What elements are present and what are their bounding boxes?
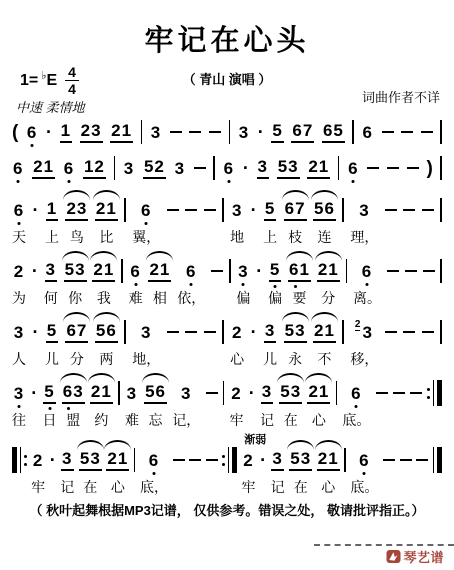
- duration-dash: [385, 209, 397, 212]
- lyric-syllable: 上: [45, 230, 59, 246]
- note: 6: [347, 160, 359, 177]
- note: 3: [271, 450, 283, 471]
- note: 6: [350, 385, 362, 402]
- lyric-syllable: 为: [12, 291, 26, 307]
- dotted-note-dot: ·: [46, 123, 52, 141]
- note: 1: [60, 122, 72, 143]
- lyric-syllable: 难: [125, 413, 139, 429]
- note: 2: [32, 452, 44, 469]
- lyric-syllable: 难: [129, 291, 143, 307]
- lyric-syllable: 记: [60, 480, 74, 496]
- sheet-music-page: { "colors": { "brand_red": "#a6453c", "i…: [0, 0, 454, 570]
- note: 21: [307, 383, 330, 404]
- lyric-syllable: 儿: [45, 352, 59, 368]
- duration-dash: [400, 459, 412, 462]
- music-line-1: (6·1232133·567656: [12, 115, 442, 145]
- barline: [118, 381, 120, 405]
- note: 53: [284, 322, 307, 343]
- duration-dash: [422, 331, 434, 334]
- dotted-note-dot: ·: [251, 201, 257, 219]
- dotted-note-dot: ·: [249, 384, 255, 402]
- lyric-syllable: 要: [292, 291, 306, 307]
- note: 5: [271, 122, 283, 143]
- note: 53: [79, 450, 102, 471]
- note: 61: [288, 261, 311, 282]
- lyric-syllable: 分: [321, 291, 335, 307]
- note: 23: [65, 200, 88, 221]
- note: 6: [129, 263, 141, 280]
- note: 21: [317, 261, 340, 282]
- lyric-syllable: 天: [12, 230, 26, 246]
- lyric-syllable: 盟: [66, 413, 80, 429]
- note: 2: [231, 324, 243, 341]
- note: 63: [62, 383, 85, 404]
- lyric-syllable: 忘: [149, 413, 163, 429]
- dotted-note-dot: ·: [32, 201, 38, 219]
- note: 6: [223, 160, 235, 177]
- duration-dash: [206, 392, 218, 395]
- dotted-note-dot: ·: [31, 384, 37, 402]
- note: 3: [358, 202, 370, 219]
- note: 23: [80, 122, 103, 143]
- duration-dash: [410, 392, 422, 395]
- lyric-syllable: 偏: [236, 291, 250, 307]
- dotted-note-dot: ·: [32, 323, 38, 341]
- note: 56: [95, 322, 118, 343]
- lyric-syllable: 我: [97, 291, 111, 307]
- duration-dash: [387, 270, 399, 273]
- dotted-note-dot: ·: [260, 451, 266, 469]
- lyric-syllable: 何: [44, 291, 58, 307]
- note: 52: [143, 158, 166, 179]
- duration-dash: [422, 209, 434, 212]
- note: 6: [185, 263, 197, 280]
- barline: [440, 320, 442, 344]
- lyric-syllable: 上: [263, 230, 277, 246]
- duration-dash: [209, 131, 221, 134]
- lyric-syllable: 人: [12, 352, 26, 368]
- lyric-syllable: 心: [111, 480, 125, 496]
- lyric-syllable: 记，: [172, 413, 200, 429]
- duration-dash: [189, 459, 201, 462]
- note: 3: [361, 324, 373, 341]
- music-line-6: 3往·5日63盟21约3难56忘3记，2牢·3记53在21心6底。: [12, 370, 442, 429]
- duration-dash: [423, 270, 435, 273]
- note: 56: [313, 200, 336, 221]
- note: 53: [279, 383, 302, 404]
- lyric-syllable: 记: [260, 413, 274, 429]
- note: 53: [289, 450, 312, 471]
- duration-dash: [206, 459, 218, 462]
- lyric-syllable: 底，: [140, 480, 168, 496]
- duration-dash: [211, 270, 223, 273]
- duration-dash: [185, 331, 197, 334]
- dotted-note-dot: ·: [251, 323, 257, 341]
- note: 6: [12, 160, 24, 177]
- final-barline: [433, 447, 442, 473]
- lyric-syllable: 分: [70, 352, 84, 368]
- composer-credit: 词曲作者不详: [362, 87, 440, 106]
- duration-dash: [401, 131, 413, 134]
- repeat-end-sign: [222, 447, 237, 473]
- music-line-7: 2牢·3记53在21心6底，渐弱2牢·3记53在21心6底。: [12, 431, 442, 496]
- duration-dash: [376, 392, 388, 395]
- song-title: 牢记在心头: [12, 18, 442, 59]
- lyric-syllable: 心: [312, 413, 326, 429]
- performer-subtitle: （ 青山 演唱 ）: [12, 69, 442, 88]
- duration-dash: [385, 331, 397, 334]
- score-header: 1=♭E 4 4 （ 青山 演唱 ） 词曲作者不详 中速 柔情地: [12, 61, 442, 115]
- note: 3: [237, 263, 249, 280]
- note: 3: [126, 385, 138, 402]
- barline: [229, 259, 231, 283]
- note: 53: [277, 158, 300, 179]
- lyric-syllable: 鸟: [70, 230, 84, 246]
- note: 21: [148, 261, 171, 282]
- lyric-syllable: 记: [271, 480, 285, 496]
- lyric-syllable: 两: [99, 352, 113, 368]
- note: 3: [123, 160, 135, 177]
- barline: [440, 120, 442, 144]
- note: 5: [43, 383, 55, 404]
- duration-dash: [403, 209, 415, 212]
- dashed-separator: [314, 544, 454, 546]
- lyric-syllable: 底。: [342, 413, 370, 429]
- repeat-end-sign: [427, 380, 442, 406]
- lyric-syllable: 心: [321, 480, 335, 496]
- lyric-syllable: 牢: [230, 413, 244, 429]
- note: 21: [307, 158, 330, 179]
- duration-dash: [387, 167, 399, 170]
- note: 65: [322, 122, 345, 143]
- qinyipu-logo-icon: [386, 549, 401, 564]
- note: 6: [358, 452, 370, 469]
- note: 21: [317, 450, 340, 471]
- duration-dash: [405, 270, 417, 273]
- duration-dash: [204, 331, 216, 334]
- note: 5: [46, 322, 58, 343]
- repeat-start-sign: [12, 447, 27, 473]
- note: 21: [110, 122, 133, 143]
- lyric-syllable: 翼，: [132, 230, 160, 246]
- barline: [346, 259, 348, 283]
- barline: [213, 156, 215, 180]
- lyric-syllable: 枝: [288, 230, 302, 246]
- barline: [352, 120, 354, 144]
- note: 3: [61, 450, 73, 471]
- dotted-note-dot: ·: [256, 262, 262, 280]
- duration-dash: [416, 459, 428, 462]
- note: 3: [174, 160, 186, 177]
- barline: [124, 320, 126, 344]
- lyric-syllable: 往: [12, 413, 26, 429]
- grace-note: 2: [355, 320, 361, 331]
- transcriber-note: （ 秋叶起舞根据MP3记谱， 仅供参考。错误之处， 敬请批评指正。）: [12, 500, 442, 519]
- note: 6: [140, 202, 152, 219]
- note: 2: [230, 385, 242, 402]
- lyric-syllable: 儿: [263, 352, 277, 368]
- score-lines: (6·1232133·56765662161235236·353216)6天·1…: [12, 115, 442, 496]
- note: 3: [264, 322, 276, 343]
- note: 3: [238, 124, 250, 141]
- duration-dash: [189, 131, 201, 134]
- watermark-brand: 琴艺谱: [386, 547, 444, 566]
- note: 21: [90, 383, 113, 404]
- note: 67: [65, 322, 88, 343]
- barline: [223, 381, 225, 405]
- lyric-syllable: 偏: [268, 291, 282, 307]
- lyric-syllable: 相: [153, 291, 167, 307]
- lyric-syllable: 连: [317, 230, 331, 246]
- lyric-syllable: 依，: [177, 291, 205, 307]
- lyric-syllable: 地: [230, 230, 244, 246]
- duration-dash: [367, 167, 379, 170]
- barline: [440, 259, 442, 283]
- duration-dash: [382, 131, 394, 134]
- note: 3: [257, 158, 269, 179]
- barline: [336, 381, 338, 405]
- barline: [222, 198, 224, 222]
- note: 6: [26, 124, 38, 141]
- barline: [342, 198, 344, 222]
- barline: [141, 120, 143, 144]
- note: 6: [13, 202, 25, 219]
- note: 3: [45, 261, 57, 282]
- note: 6: [63, 160, 75, 177]
- lyric-syllable: 牢: [241, 480, 255, 496]
- note: 21: [32, 158, 55, 179]
- duration-dash: [185, 209, 197, 212]
- lyric-syllable: 在: [284, 413, 298, 429]
- note: 3: [140, 324, 152, 341]
- barline: [124, 198, 126, 222]
- duration-dash: [383, 459, 395, 462]
- duration-dash: [393, 392, 405, 395]
- music-line-4: 2为·3何53你21我6难21相6依，3偏·5偏61要21分6离。: [12, 248, 442, 307]
- barline: [114, 156, 116, 180]
- lyric-syllable: 不: [317, 352, 331, 368]
- note: 1: [46, 200, 58, 221]
- duration-dash: [170, 131, 182, 134]
- brand-text: 琴艺谱: [403, 547, 444, 566]
- close-paren: ): [426, 159, 432, 178]
- dotted-note-dot: ·: [32, 262, 38, 280]
- tempo-marking: 中速 柔情地: [16, 97, 85, 116]
- note: 3: [261, 383, 273, 404]
- music-line-3: 6天·1上23鸟21比6翼，3地·5上67枝56连3理，: [12, 187, 442, 246]
- note: 5: [264, 200, 276, 221]
- music-line-5: 3人·5儿67分56两3地，2心·3儿53永21不23移，: [12, 309, 442, 368]
- lyric-syllable: 底。: [350, 480, 378, 496]
- note: 5: [269, 261, 281, 282]
- note: 21: [92, 261, 115, 282]
- note: 53: [64, 261, 87, 282]
- lyric-syllable: 移，: [350, 352, 378, 368]
- note: 3: [150, 124, 162, 141]
- note: 2: [13, 263, 25, 280]
- dotted-note-dot: ·: [50, 451, 56, 469]
- dotted-note-dot: ·: [243, 159, 249, 177]
- lyric-syllable: 约: [94, 413, 108, 429]
- lyric-syllable: 在: [83, 480, 97, 496]
- note: 3: [13, 385, 25, 402]
- note: 6: [362, 124, 374, 141]
- note: 21: [106, 450, 129, 471]
- music-line-2: 62161235236·353216): [12, 151, 442, 181]
- note: 21: [313, 322, 336, 343]
- duration-dash: [407, 167, 419, 170]
- note: 6: [361, 263, 373, 280]
- barline: [222, 320, 224, 344]
- note: 3: [180, 385, 192, 402]
- open-paren: (: [12, 123, 18, 142]
- duration-dash: [403, 331, 415, 334]
- duration-dash: [173, 459, 185, 462]
- lyric-syllable: 牢: [31, 480, 45, 496]
- lyric-syllable: 离。: [353, 291, 381, 307]
- duration-dash: [167, 209, 179, 212]
- dynamics-mark: 渐弱: [244, 431, 266, 447]
- lyric-syllable: 日: [43, 413, 57, 429]
- barline: [338, 156, 340, 180]
- lyric-syllable: 理，: [350, 230, 378, 246]
- lyric-syllable: 在: [294, 480, 308, 496]
- note: 21: [95, 200, 118, 221]
- lyric-syllable: 地，: [132, 352, 160, 368]
- lyric-syllable: 比: [99, 230, 113, 246]
- note: 67: [284, 200, 307, 221]
- duration-dash: [204, 209, 216, 212]
- barline: [121, 259, 123, 283]
- duration-dash: [167, 331, 179, 334]
- note: 3: [13, 324, 25, 341]
- duration-dash: [194, 167, 206, 170]
- barline: [440, 198, 442, 222]
- lyric-syllable: 你: [68, 291, 82, 307]
- note: 6: [148, 452, 160, 469]
- barline: [342, 320, 344, 344]
- dotted-note-dot: ·: [258, 123, 264, 141]
- note: 2: [242, 452, 254, 469]
- lyric-syllable: 心: [230, 352, 244, 368]
- barline: [229, 120, 231, 144]
- note: 12: [83, 158, 106, 179]
- note: 3: [231, 202, 243, 219]
- note: 56: [144, 383, 167, 404]
- barline: [440, 156, 442, 180]
- note: 67: [291, 122, 314, 143]
- barline: [134, 448, 136, 472]
- lyric-syllable: 永: [288, 352, 302, 368]
- duration-dash: [421, 131, 433, 134]
- barline: [344, 448, 346, 472]
